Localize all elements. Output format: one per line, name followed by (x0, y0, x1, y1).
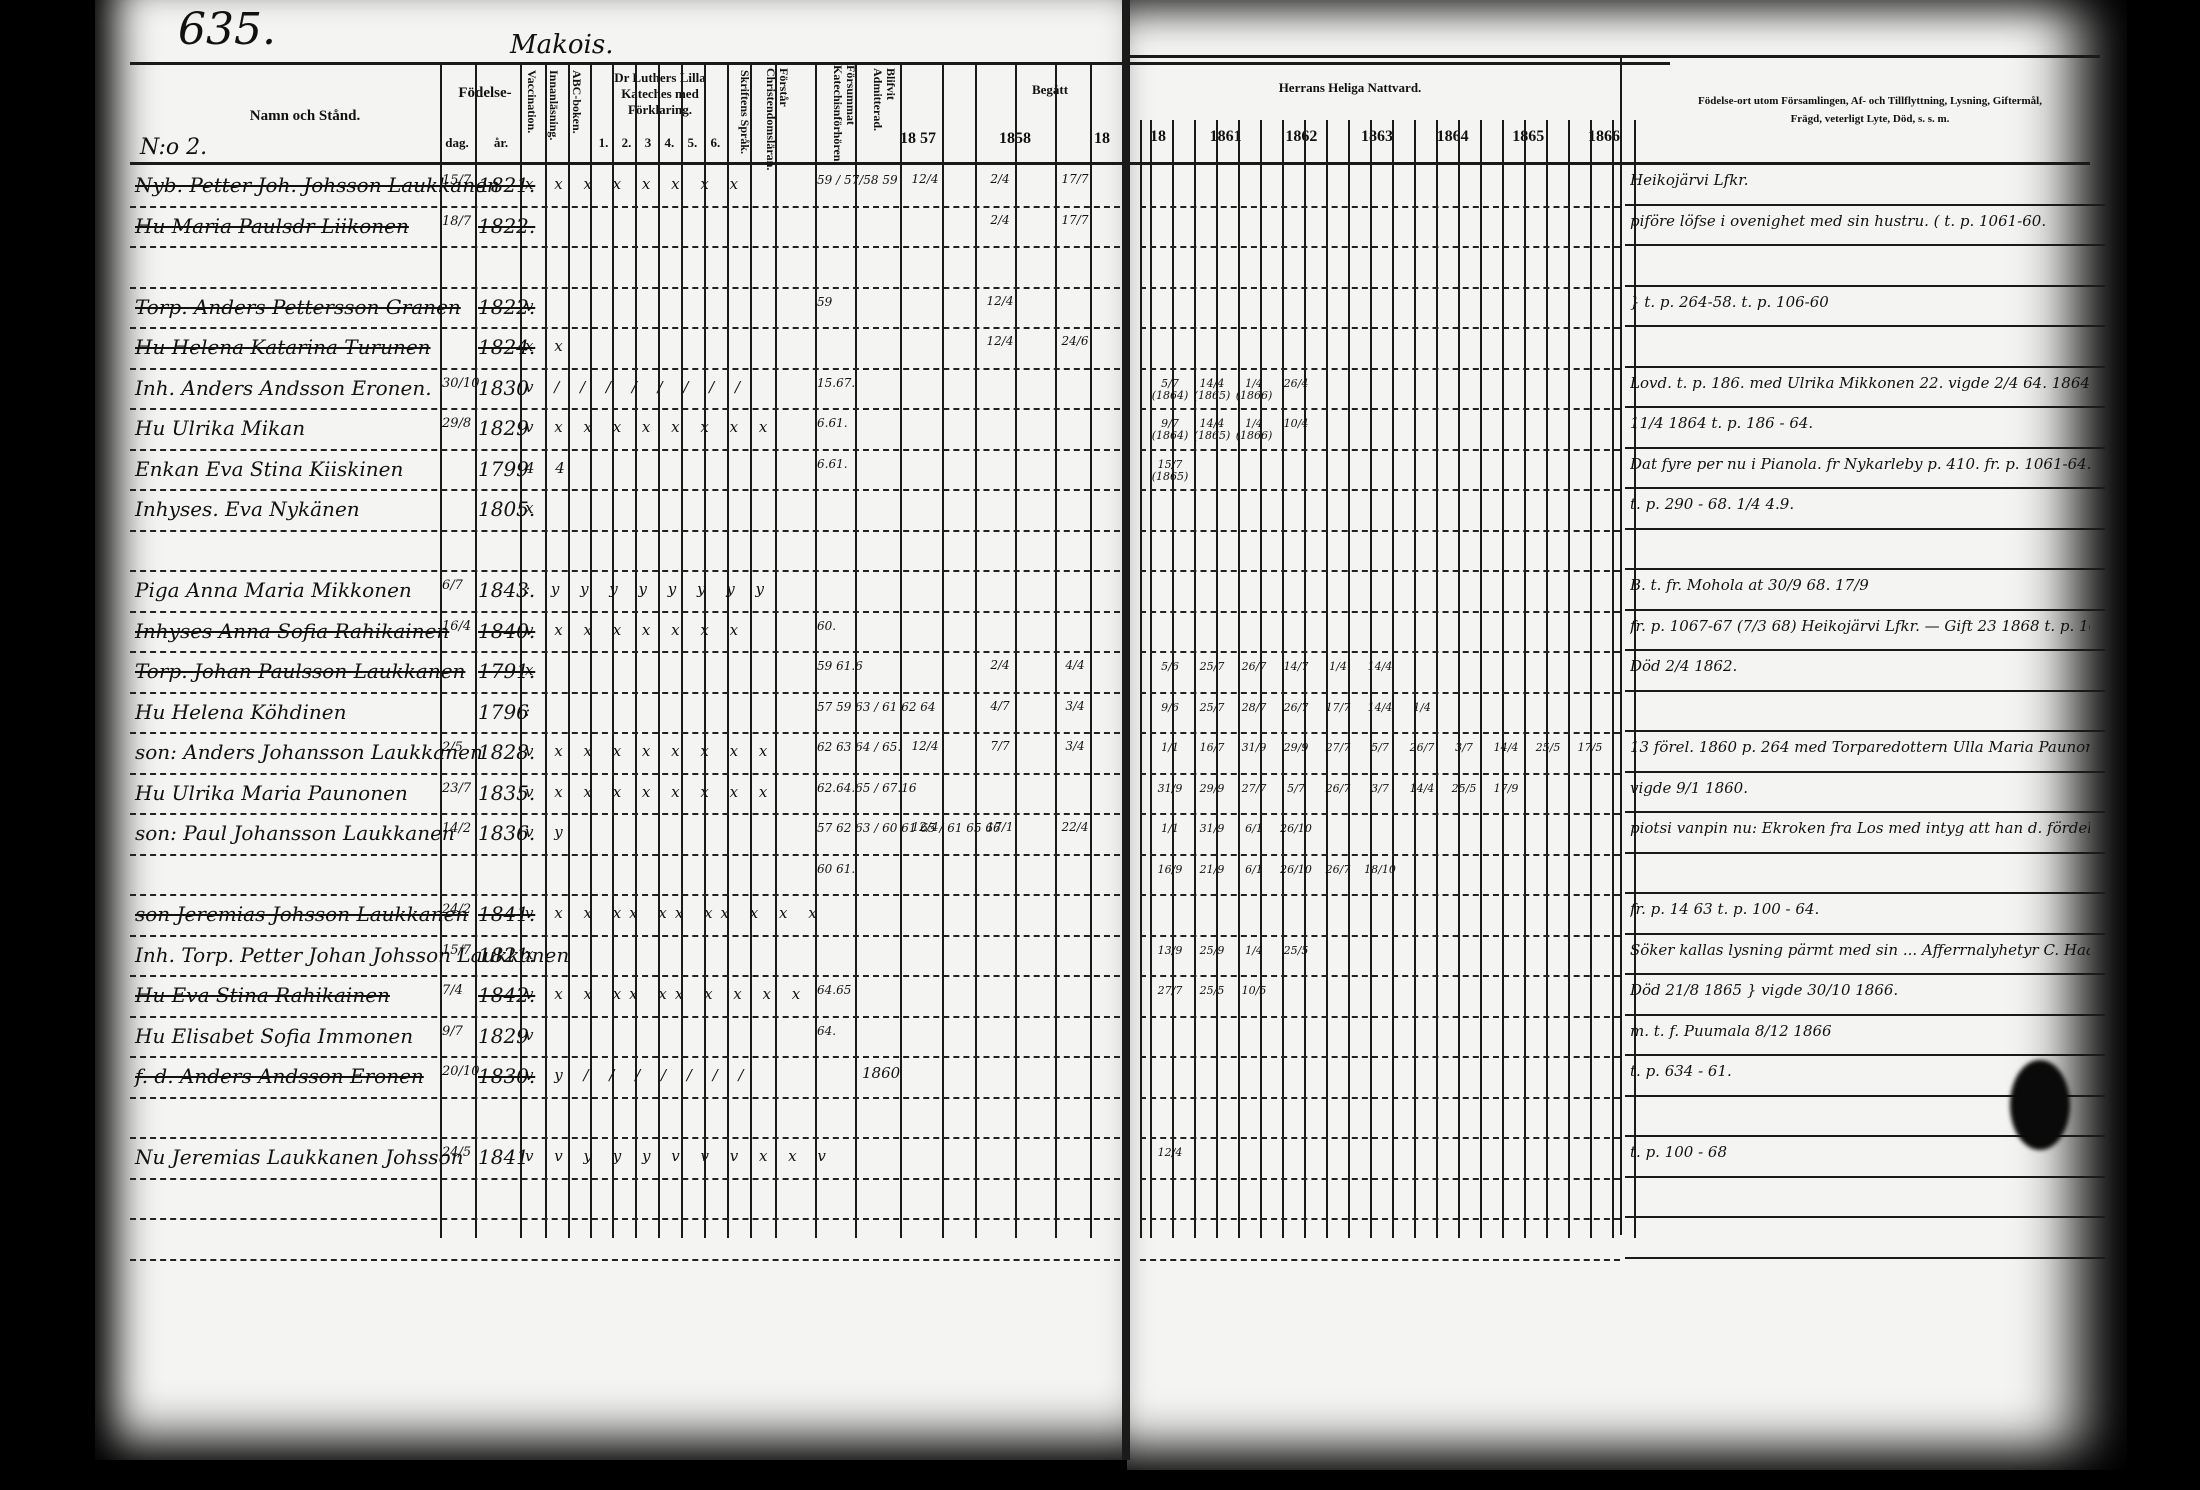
forsummat-header: Försummat Katechisnförhören. (825, 65, 857, 165)
begatt-date: 4/7 (980, 700, 1020, 712)
nattvard-date: 26/7 (1318, 783, 1358, 795)
row-rule-right (1625, 325, 2105, 327)
nattvard-year-1: 18 (1150, 128, 1166, 146)
row-rule-mid (1140, 1218, 1620, 1220)
forsummat-value: 60 61. (817, 862, 855, 876)
knowledge-marks: x (525, 499, 541, 517)
row-rule-mid (1140, 287, 1620, 289)
begatt-date: 4/4 (1055, 659, 1095, 671)
forsummat-value: 64. (817, 1024, 836, 1038)
birth-year: 1841 (478, 1145, 529, 1169)
luther-col-5: 5. (688, 135, 698, 151)
row-rule-right (1625, 1176, 2105, 1178)
row-rule-left (130, 1097, 1120, 1099)
row-rule-right (1625, 366, 2105, 368)
row-rule-left (130, 287, 1120, 289)
birth-day: 18/7 (442, 214, 471, 229)
row-rule-right (1625, 1216, 2105, 1218)
ink-blot (2010, 1060, 2070, 1150)
row-rule-right (1625, 730, 2105, 732)
row-rule-right (1625, 1257, 2105, 1259)
person-name: Inh. Anders Andsson Eronen. (135, 376, 432, 400)
birth-day: 16/4 (442, 619, 471, 634)
village-name: Makois. (510, 30, 613, 60)
row-rule-mid (1140, 935, 1620, 937)
birth-year: 1829 (478, 416, 529, 440)
nattvard-date: 13/9 (1150, 945, 1190, 957)
row-rule-mid (1140, 530, 1620, 532)
remarks-header-line2: Frägd, veterligt Lyte, Död, s. s. m. (1650, 113, 2090, 125)
person-name: Nu Jeremias Laukkanen Johsson (135, 1145, 464, 1169)
birth-day: 15/7 (442, 173, 471, 188)
nattvard-year-4: 1863 (1361, 128, 1393, 146)
nattvard-date: 27/7 (1234, 783, 1274, 795)
forsummat-value: 60. (817, 619, 836, 633)
birth-day: 7/4 (442, 983, 463, 998)
remarks-rule (1620, 55, 1622, 1235)
nattvard-date: 9/7 (1864) (1150, 418, 1190, 442)
nattvard-date: 25/5 (1192, 985, 1232, 997)
row-rule-left (130, 1259, 1120, 1261)
row-rule-left (130, 570, 1120, 572)
birth-day: 29/8 (442, 416, 471, 431)
row-rule-mid (1140, 368, 1620, 370)
knowledge-marks: 4 4 (525, 459, 573, 477)
row-rule-left (130, 530, 1120, 532)
person-name: son Jeremias Johsson Laukkanen (135, 902, 468, 926)
remark-text: Död 21/8 1865 } vigde 30/10 1866. (1630, 981, 1898, 999)
nattvard-date: 1/4 (1318, 661, 1358, 673)
nattvard-date: 31/9 (1234, 742, 1274, 754)
remark-text: Lovd. t. p. 186. med Ulrika Mikkonen 22.… (1630, 374, 2090, 392)
header-top-rule-right (1130, 55, 2100, 58)
forsummat-value: 59 61.6 (817, 659, 863, 673)
remarks-header-line1: Födelse-ort utom Församlingen, Af- och T… (1650, 95, 2090, 107)
begatt-date: 3/4 (1055, 700, 1095, 712)
row-rule-right (1625, 933, 2105, 935)
column-rule (942, 62, 944, 1238)
row-rule-right (1625, 892, 2105, 894)
birth-day: 14/2 (442, 821, 471, 836)
row-rule-left (130, 732, 1120, 734)
nattvard-date: 29/9 (1192, 783, 1232, 795)
birth-year: 1829 (478, 1024, 529, 1048)
row-rule-right (1625, 285, 2105, 287)
row-rule-right (1625, 447, 2105, 449)
birth-day: 24/5 (442, 1145, 471, 1160)
row-rule-mid (1140, 1137, 1620, 1139)
nattvard-date: 14/7 (1276, 661, 1316, 673)
birth-day: 6/7 (442, 578, 463, 593)
nattvard-date: 31/9 (1192, 823, 1232, 835)
forsummat-value: 59 (817, 295, 832, 309)
row-rule-left (130, 368, 1120, 370)
row-rule-mid (1140, 570, 1620, 572)
column-rule (475, 62, 477, 1238)
column-rule (775, 62, 777, 1238)
row-rule-right (1625, 568, 2105, 570)
nattvard-date: 25/5 (1444, 783, 1484, 795)
nattvard-date: 17/7 (1318, 702, 1358, 714)
knowledge-marks: v (525, 1026, 541, 1044)
name-column-header: Namn och Stånd. (180, 108, 430, 125)
column-rule (545, 62, 547, 1238)
row-rule-left (130, 1218, 1120, 1220)
column-rule (568, 62, 570, 1238)
column-rule (520, 62, 522, 1238)
birth-day: 15/7 (442, 943, 471, 958)
begatt-date: 2/4 (980, 173, 1020, 185)
row-rule-left (130, 773, 1120, 775)
nattvard-date: 1/1 (1150, 742, 1190, 754)
nattvard-date: 25/5 (1528, 742, 1568, 754)
knowledge-marks: v x x x x x x x x (525, 742, 775, 760)
person-name: Hu Ulrika Mikan (135, 416, 305, 440)
remark-text: } t. p. 264-58. t. p. 106-60 (1630, 293, 1829, 311)
remark-text: Heikojärvi Lfkr. (1630, 171, 1749, 189)
knowledge-marks: x x x x x x x x (525, 175, 746, 193)
remark-text: t. p. 100 - 68 (1630, 1143, 1727, 1161)
person-name: Torp. Johan Paulsson Laukkanen (135, 659, 465, 683)
person-name: f. d. Anders Andsson Eronen (135, 1064, 424, 1088)
luther-header: Dr Luthers Lilla Kateches med Förklaring… (590, 70, 730, 118)
row-rule-mid (1140, 1259, 1620, 1261)
begatt-date: 12/4 (980, 295, 1020, 307)
remark-text: B. t. fr. Mohola at 30/9 68. 17/9 (1630, 576, 1869, 594)
row-rule-left (130, 1056, 1120, 1058)
row-rule-mid (1140, 246, 1620, 248)
nattvard-date: 26/7 (1234, 661, 1274, 673)
begatt-date: 2/4 (980, 214, 1020, 226)
nattvard-date: 10/4 (1276, 418, 1316, 430)
nattvard-date: 25/9 (1192, 945, 1232, 957)
row-rule-left (130, 449, 1120, 451)
nattvard-date: 26/10 (1276, 823, 1316, 835)
row-rule-left (130, 692, 1120, 694)
row-rule-mid (1140, 408, 1620, 410)
birth-header: Födelse- (440, 85, 530, 102)
knowledge-marks: v y (525, 823, 571, 841)
row-rule-mid (1140, 854, 1620, 856)
person-name: Piga Anna Maria Mikkonen (135, 578, 412, 602)
row-rule-right (1625, 487, 2105, 489)
nattvard-date: 5/7 (1864) (1150, 378, 1190, 402)
person-name: son: Anders Johansson Laukkanen (135, 740, 483, 764)
row-rule-mid (1140, 206, 1620, 208)
begatt-date: 2/4 (980, 659, 1020, 671)
person-name: Hu Eva Stina Rahikainen (135, 983, 390, 1007)
row-rule-left (130, 975, 1120, 977)
begatt-date: 17/7 (1055, 173, 1095, 185)
birth-year-header: år. (476, 135, 526, 151)
nattvard-year-6: 1865 (1512, 128, 1544, 146)
birth-day: 9/7 (442, 1024, 463, 1039)
abc-header: ABC-boken. (570, 70, 583, 160)
begatt-date: 12/4 (980, 335, 1020, 347)
nattvard-date: 21/9 (1192, 864, 1232, 876)
birth-day: 23/7 (442, 781, 471, 796)
row-rule-mid (1140, 1056, 1620, 1058)
column-rule (440, 62, 442, 1238)
column-rule (1015, 62, 1017, 1238)
knowledge-marks: v x x xx xx x x x x (525, 985, 808, 1003)
nattvard-date: 29/9 (1276, 742, 1316, 754)
birth-year: 1799 (478, 457, 529, 481)
person-name: Hu Maria Paulsdr Liikonen (135, 214, 409, 238)
nattvard-date: 5/6 (1150, 661, 1190, 673)
remark-text: 13 förel. 1860 p. 264 med Torparedottern… (1630, 738, 2090, 756)
admitterad-header: Blifvit Admitterad. (865, 68, 897, 158)
person-name: Inhyses Anna Sofia Rahikainen (135, 619, 449, 643)
birth-day: 20/10 (442, 1064, 479, 1079)
begatt-header: Begått (1010, 82, 1090, 98)
knowledge-marks: x x (525, 337, 571, 355)
begatt-date: 12/4 (905, 821, 945, 833)
column-rule (1055, 62, 1057, 1238)
nattvard-date: 14/4 (1360, 661, 1400, 673)
row-rule-left (130, 408, 1120, 410)
remark-text: fr. p. 14 63 t. p. 100 - 64. (1630, 900, 1819, 918)
row-rule-left (130, 651, 1120, 653)
birth-year: 1796 (478, 700, 529, 724)
column-rule (815, 62, 817, 1238)
luther-col-1: 1. (599, 135, 609, 151)
row-rule-mid (1140, 894, 1620, 896)
row-rule-mid (1140, 732, 1620, 734)
begatt-date: 3/4 (1055, 740, 1095, 752)
column-rule (975, 62, 977, 1238)
nattvard-date: 31/9 (1150, 783, 1190, 795)
person-name: Torp. Anders Pettersson Granen (135, 295, 461, 319)
nattvard-date: 1/4 (1866) (1234, 378, 1274, 402)
column-rule (855, 62, 857, 1238)
forsummat-value: 57 59 63 / 61 62 64 (817, 700, 936, 714)
knowledge-marks: v x x x x x x x x (525, 418, 775, 436)
row-rule-mid (1140, 489, 1620, 491)
nattvard-date: 1/4 (1234, 945, 1274, 957)
knowledge-marks: x (525, 661, 541, 679)
column-rule (1090, 62, 1092, 1238)
nattvard-date: 10/5 (1234, 985, 1274, 997)
nattvard-date: 25/7 (1192, 702, 1232, 714)
nattvard-year-2: 1861 (1210, 128, 1242, 146)
nattvard-date: 14/4 (1865) (1192, 378, 1232, 402)
row-rule-left (130, 854, 1120, 856)
nattvard-date: 18/10 (1360, 864, 1400, 876)
nattvard-date: 14/4 (1865) (1192, 418, 1232, 442)
forsummat-value: 64.65 (817, 983, 851, 997)
remark-text: 11/4 1864 t. p. 186 - 64. (1630, 414, 1813, 432)
nattvard-date: 9/6 (1150, 702, 1190, 714)
nattvard-date: 28/7 (1234, 702, 1274, 714)
birth-year: 1822. (478, 214, 535, 238)
remark-text: Död 2/4 1862. (1630, 657, 1737, 675)
row-rule-mid (1140, 692, 1620, 694)
column-rule (612, 62, 614, 1238)
row-rule-right (1625, 609, 2105, 611)
admitterad-value: 1860 (862, 1064, 900, 1082)
person-name: Hu Elisabet Sofia Immonen (135, 1024, 413, 1048)
forsummat-value: 6.61. (817, 416, 848, 430)
person-name: Hu Helena Katarina Turunen (135, 335, 431, 359)
luther-col-2: 2. (622, 135, 632, 151)
forsummat-value: 62 63 64 / 65. (817, 740, 901, 754)
birth-day: 30/10 (442, 376, 479, 391)
knowledge-marks: v (525, 297, 541, 315)
column-rule (681, 62, 683, 1238)
nattvard-year-5: 1864 (1437, 128, 1469, 146)
row-rule-mid (1140, 1097, 1620, 1099)
nattvard-header: Herrans Heliga Nattvard. (1200, 80, 1500, 96)
knowledge-marks: v x x xx xx xx x x x (525, 904, 825, 922)
nattvard-date: 26/7 (1402, 742, 1442, 754)
forsummat-value: 15.67. (817, 376, 855, 390)
birth-day: 2/5 (442, 740, 463, 755)
nattvard-date: 14/4 (1402, 783, 1442, 795)
nattvard-date: 26/10 (1276, 864, 1316, 876)
knowledge-marks: v / / / / / / / / (525, 378, 748, 396)
nattvard-date: 1/4 (1866) (1234, 418, 1274, 442)
nattvard-date: 16/9 (1150, 864, 1190, 876)
begatt-date: 17/7 (1055, 214, 1095, 226)
knowledge-marks: v y / / / / / / / (525, 1066, 751, 1084)
row-rule-left (130, 894, 1120, 896)
begatt-date: 7/7 (980, 740, 1020, 752)
nattvard-date: 5/7 (1276, 783, 1316, 795)
person-name: Hu Helena Köhdinen (135, 700, 346, 724)
nattvard-date: 6/1 (1234, 864, 1274, 876)
nattvard-date: 17/9 (1486, 783, 1526, 795)
forstar-header: Förstår Christendomsläran. (758, 68, 790, 163)
nattvard-date: 3/7 (1444, 742, 1484, 754)
nattvard-date: 26/4 (1276, 378, 1316, 390)
begatt-date: 12/4 (905, 740, 945, 752)
nattvard-date: 1/4 (1402, 702, 1442, 714)
row-rule-left (130, 206, 1120, 208)
remark-text: fr. p. 1067-67 (7/3 68) Heikojärvi Lfkr.… (1630, 617, 2090, 635)
forsummat-value: 59 / 57/58 59 (817, 173, 898, 187)
nattvard-year-3: 1862 (1285, 128, 1317, 146)
row-rule-right (1625, 204, 2105, 206)
nattvard-date: 17/5 (1570, 742, 1610, 754)
nattvard-date: 25/5 (1276, 945, 1316, 957)
row-rule-mid (1140, 651, 1620, 653)
nattvard-date: 6/1 (1234, 823, 1274, 835)
begatt-date: 24/6 (1055, 335, 1095, 347)
column-rule (590, 62, 592, 1238)
row-rule-left (130, 1016, 1120, 1018)
row-rule-left (130, 246, 1120, 248)
birth-day-header: dag. (440, 135, 474, 151)
nattvard-date: 27/7 (1150, 985, 1190, 997)
remark-text: piotsi vanpin nu: Ekroken fra Los med in… (1630, 819, 2090, 837)
nattvard-date: 15/7 (1865) (1150, 459, 1190, 483)
row-rule-left (130, 327, 1120, 329)
nattvard-date: 5/7 (1360, 742, 1400, 754)
remark-text: m. t. f. Puumala 8/12 1866 (1630, 1022, 1832, 1040)
nattvard-years: 18 1861 1862 1863 1864 1865 1866 (1150, 128, 1620, 146)
nattvard-date: 12/4 (1150, 1147, 1190, 1159)
begatt-year-1: 18 57 (900, 130, 936, 148)
knowledge-marks: v x x x x x x x (525, 621, 746, 639)
row-rule-left (130, 489, 1120, 491)
row-rule-left (130, 1137, 1120, 1139)
row-rule-mid (1140, 1178, 1620, 1180)
remark-text: Dat fyre per nu i Pianola. fr Nykarleby … (1630, 455, 2090, 473)
row-rule-right (1625, 973, 2105, 975)
knowledge-marks: v v y y y v v v x x v (525, 1147, 834, 1165)
row-rule-left (130, 611, 1120, 613)
birth-day: 24/2 (442, 902, 471, 917)
birth-year: 1830 (478, 376, 529, 400)
remark-text: t. p. 290 - 68. 1/4 4.9. (1630, 495, 1794, 513)
row-rule-right (1625, 649, 2105, 651)
nattvard-date: 14/4 (1486, 742, 1526, 754)
row-rule-right (1625, 690, 2105, 692)
nattvard-date: 1/1 (1150, 823, 1190, 835)
row-rule-right (1625, 1014, 2105, 1016)
column-rule (704, 62, 706, 1238)
column-rule (900, 62, 902, 1238)
nattvard-date: 26/7 (1276, 702, 1316, 714)
begatt-date: 12/4 (905, 173, 945, 185)
row-rule-right (1625, 771, 2105, 773)
knowledge-marks: v x x x x x x x x (525, 783, 775, 801)
column-rule (635, 62, 637, 1238)
remark-text: t. p. 634 - 61. (1630, 1062, 1732, 1080)
header-bottom-rule (130, 162, 2090, 165)
nattvard-date: 16/7 (1192, 742, 1232, 754)
remark-text: piföre löfse i ovenighet med sin hustru.… (1630, 212, 2046, 230)
knowledge-marks: : y y y y y y y y (525, 580, 772, 598)
row-rule-mid (1140, 611, 1620, 613)
begatt-years: 18 57 1858 18 (900, 130, 1110, 148)
knowledge-marks: x (525, 945, 541, 963)
forsummat-value: 6.61. (817, 457, 848, 471)
nattvard-date: 3/7 (1360, 783, 1400, 795)
remark-text: Söker kallas lysning pärmt med sin ... A… (1630, 941, 2090, 959)
column-rule (750, 62, 752, 1238)
row-rule-right (1625, 528, 2105, 530)
row-rule-left (130, 813, 1120, 815)
row-rule-right (1625, 1054, 2105, 1056)
remark-text: vigde 9/1 1860. (1630, 779, 1748, 797)
vaccination-header: Vaccination. (525, 70, 538, 160)
row-rule-mid (1140, 449, 1620, 451)
begatt-date: 22/4 (1055, 821, 1095, 833)
column-rule (727, 62, 729, 1238)
nattvard-date: 14/4 (1360, 702, 1400, 714)
row-rule-mid (1140, 327, 1620, 329)
row-rule-right (1625, 811, 2105, 813)
row-rule-right (1625, 406, 2105, 408)
row-rule-right (1625, 852, 2105, 854)
forsummat-value: 62.64.65 / 67.16 (817, 781, 916, 795)
person-name: Hu Ulrika Maria Paunonen (135, 781, 408, 805)
person-name: Inhyses. Eva Nykänen (135, 497, 360, 521)
column-rule (658, 62, 660, 1238)
nattvard-year-7: 1866 (1588, 128, 1620, 146)
innanlasning-header: Innanläsning. (547, 70, 560, 160)
household-number: N:o 2. (140, 135, 207, 160)
nattvard-date: 26/7 (1318, 864, 1358, 876)
luther-col-6: 6. (711, 135, 721, 151)
page-number: 635. (178, 4, 276, 55)
begatt-year-3: 18 (1094, 130, 1110, 148)
row-rule-right (1625, 244, 2105, 246)
nattvard-date: 25/7 (1192, 661, 1232, 673)
begatt-date: 17/1 (980, 821, 1020, 833)
